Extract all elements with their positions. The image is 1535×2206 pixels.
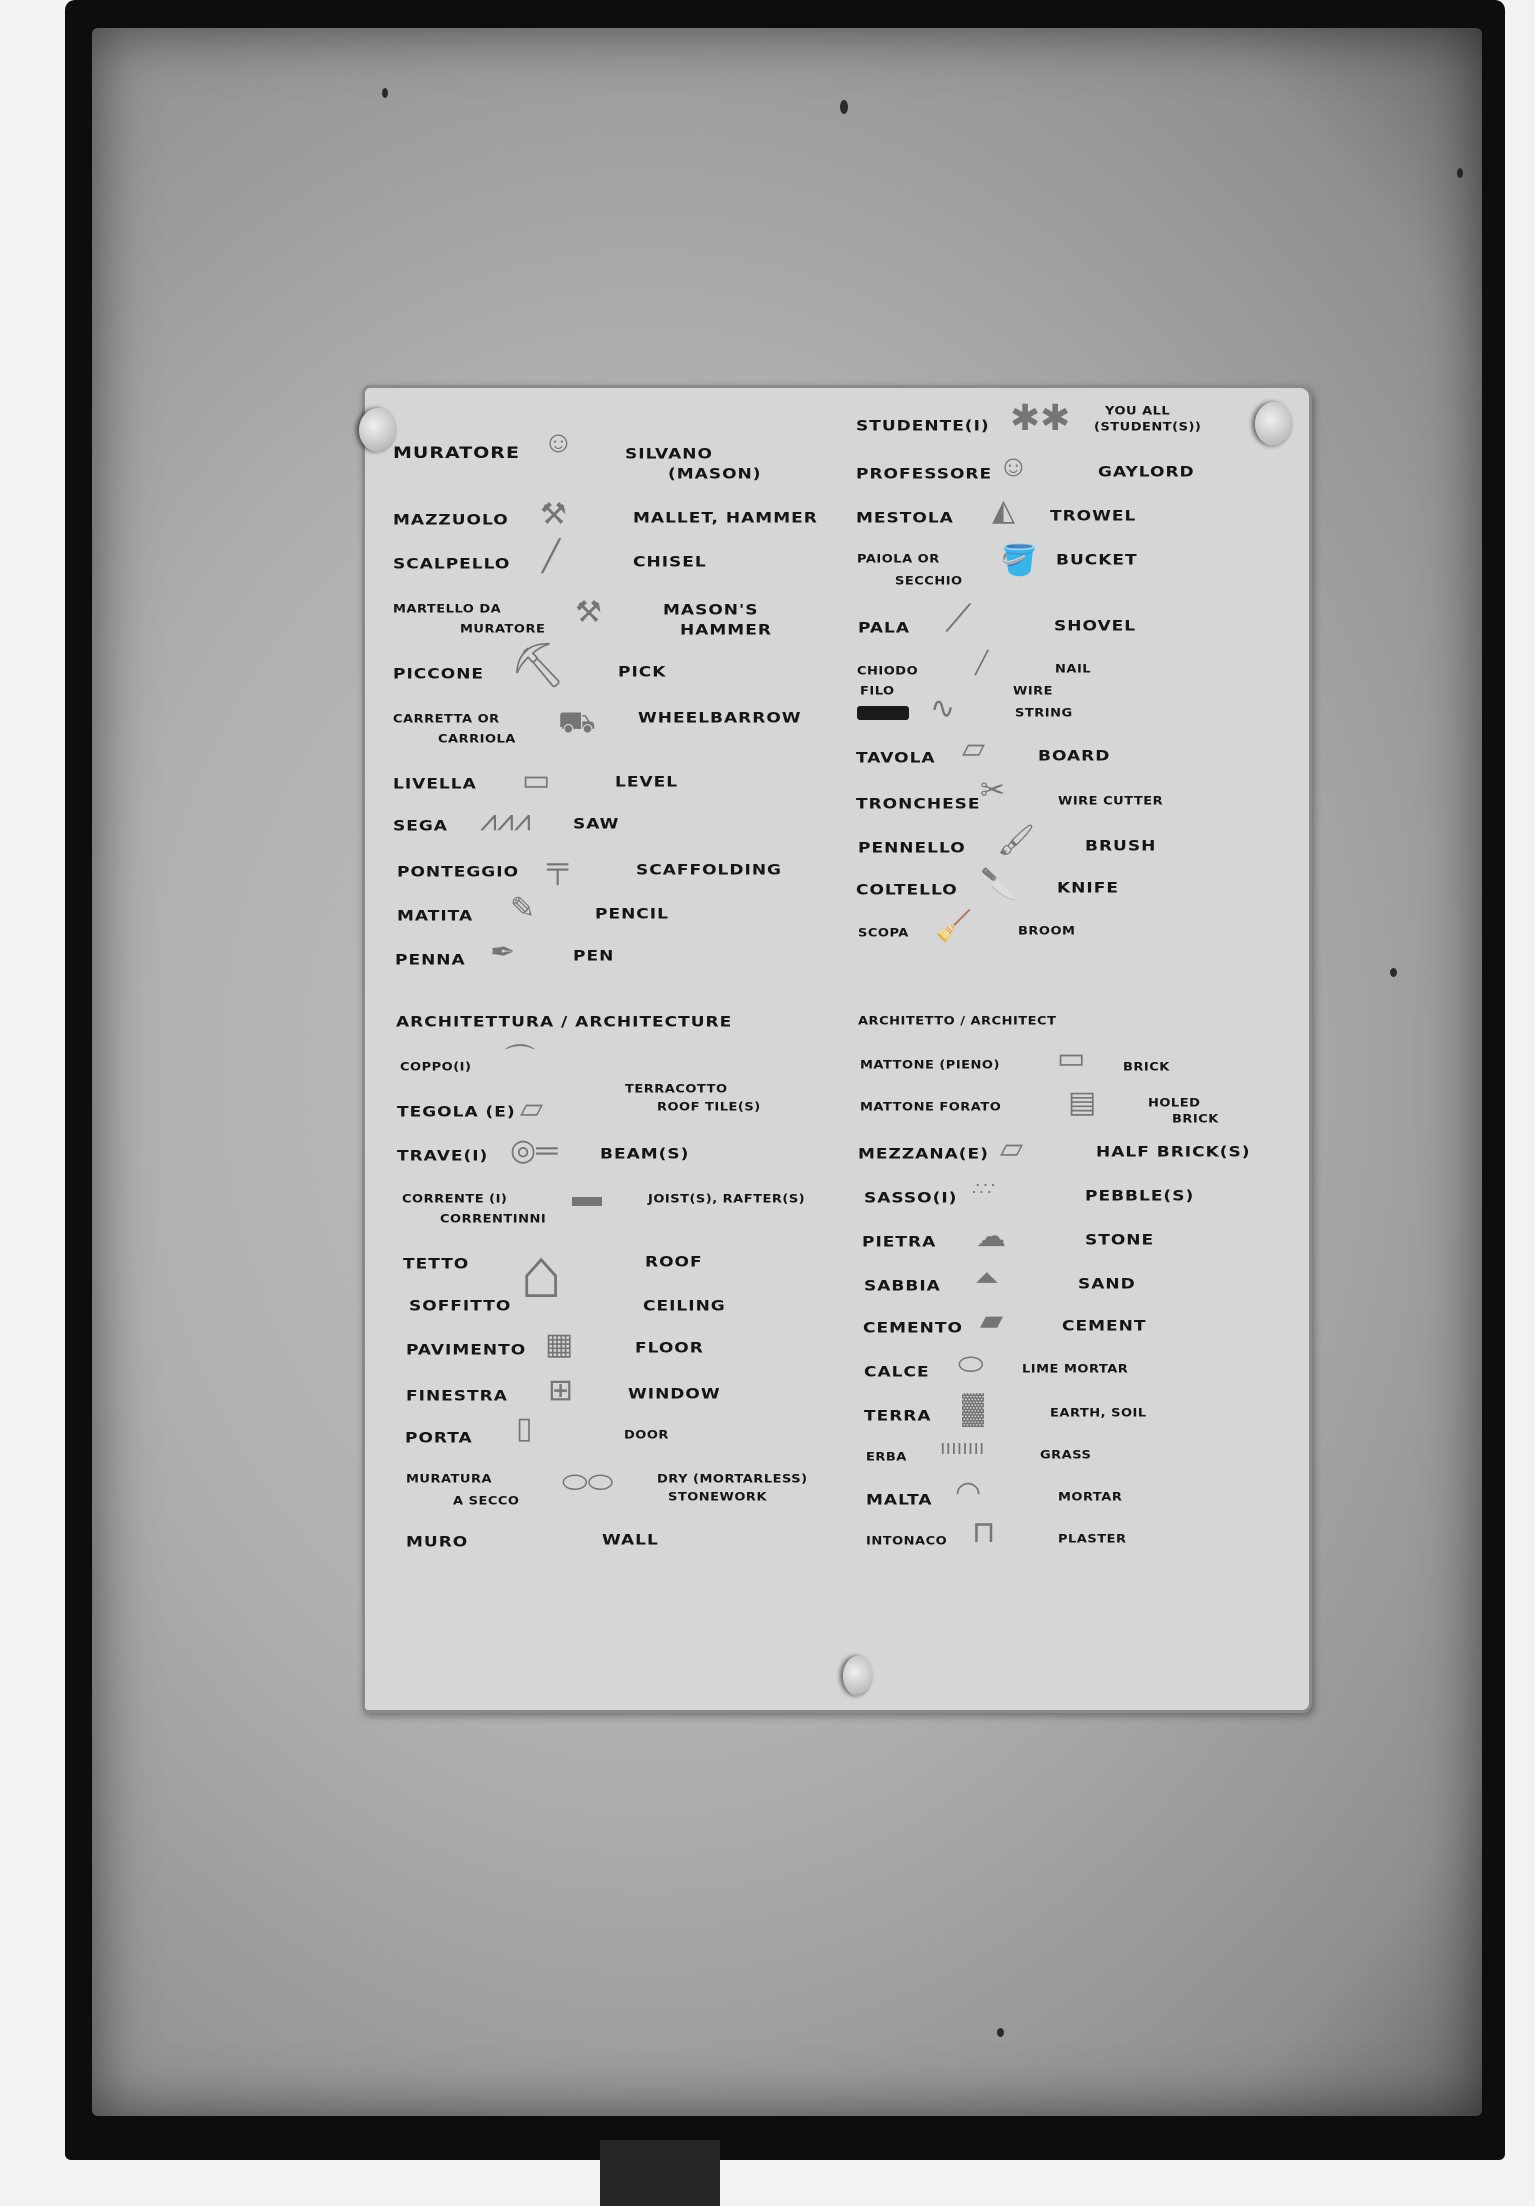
label-livella: Livella — [393, 776, 477, 793]
label-hammer: Hammer — [680, 622, 772, 639]
lime-bag-icon: ⬭ — [958, 1350, 984, 1380]
wire-cutter-icon: ✂ — [980, 776, 1005, 806]
label-tavola: Tavola — [856, 750, 936, 767]
crossed-out-word — [857, 706, 909, 720]
stone-icon: ☁ — [976, 1222, 1006, 1252]
label-broom: Broom — [1018, 925, 1075, 938]
label-joists: Joist(s), Rafter(s) — [648, 1193, 805, 1206]
label-grass: Grass — [1040, 1449, 1091, 1462]
label-you-all: You all — [1105, 405, 1170, 418]
label-secchio: Secchio — [895, 575, 963, 588]
label-paiola: Paiola or — [857, 553, 940, 566]
mason-face-icon: ☺ — [543, 428, 574, 458]
label-sabbia: Sabbia — [864, 1278, 941, 1295]
cement-bag-icon: ▰ — [980, 1306, 1003, 1336]
label-earth-soil: Earth, soil — [1050, 1407, 1147, 1420]
label-door: Door — [624, 1429, 669, 1442]
professor-face-icon: ☺ — [998, 452, 1029, 482]
sand-pile-icon: ⏶ — [975, 1264, 999, 1294]
broom-icon: 🧹 — [935, 912, 972, 942]
label-beams: Beam(s) — [600, 1146, 689, 1163]
label-floor: Floor — [635, 1340, 704, 1357]
label-piccone: Piccone — [393, 666, 484, 683]
label-pick: Pick — [618, 664, 666, 681]
label-wall: Wall — [602, 1532, 659, 1549]
label-half-bricks: Half brick(s) — [1096, 1144, 1251, 1161]
easel-stand — [600, 2140, 720, 2206]
half-brick-icon: ▱ — [1000, 1134, 1023, 1164]
masons-hammer-icon: ⚒ — [575, 598, 602, 628]
label-chisel: Chisel — [633, 554, 707, 571]
label-intonaco: Intonaco — [866, 1535, 947, 1548]
label-mortar: Mortar — [1058, 1491, 1122, 1504]
wall-speck — [1457, 168, 1463, 178]
label-stone: Stone — [1085, 1232, 1154, 1249]
label-level: Level — [615, 774, 678, 791]
label-holed: Holed — [1148, 1097, 1200, 1110]
label-mason: (Mason) — [668, 466, 762, 483]
string-icon: ∿ — [930, 694, 955, 724]
label-mattone-forato: Mattone forato — [860, 1101, 1001, 1114]
label-matita: Matita — [397, 908, 473, 925]
label-knife: Knife — [1057, 880, 1119, 897]
label-porta: Porta — [405, 1430, 473, 1447]
label-window: Window — [628, 1386, 721, 1403]
pencil-icon: ✎ — [510, 894, 535, 924]
label-carretta: Carretta or — [393, 713, 500, 726]
label-board: Board — [1038, 748, 1110, 765]
label-string: String — [1015, 707, 1073, 720]
label-sasso: Sasso(i) — [864, 1190, 957, 1207]
door-icon: ▯ — [516, 1414, 533, 1444]
pushpin-top-left — [359, 408, 397, 452]
label-martello-2: Muratore — [460, 623, 545, 636]
label-roof-tiles: Roof tile(s) — [657, 1101, 761, 1114]
window-icon: ⊞ — [548, 1376, 573, 1406]
label-sand: Sand — [1078, 1276, 1136, 1293]
floor-tiles-icon: ▦ — [545, 1330, 573, 1360]
label-malta: Malta — [866, 1492, 933, 1509]
wall-speck — [382, 88, 388, 98]
label-mestola: Mestola — [856, 510, 954, 527]
joist-icon: ▬ — [572, 1182, 602, 1212]
label-trowel: Trowel — [1050, 508, 1136, 525]
label-nail: Nail — [1055, 663, 1091, 676]
label-mezzana: Mezzana(e) — [858, 1146, 989, 1163]
label-sega: Sega — [393, 818, 448, 835]
label-trave: Trave(i) — [397, 1148, 488, 1165]
section-title-architettura: Architettura / Architecture — [396, 1014, 732, 1031]
plaster-wall-icon: ⊓ — [972, 1518, 995, 1548]
trowel-icon: ◭ — [992, 496, 1015, 526]
label-pen: Pen — [573, 948, 614, 965]
label-plaster: Plaster — [1058, 1533, 1127, 1546]
wall-speck — [997, 2028, 1004, 2037]
label-coltello: Coltello — [856, 882, 958, 899]
label-finestra: Finestra — [406, 1388, 508, 1405]
wall-speck — [840, 100, 848, 114]
label-coppo: Coppo(i) — [400, 1061, 471, 1074]
section-title-architetto: Architetto / Architect — [858, 1015, 1056, 1028]
curved-roof-tile-icon: ⌒ — [505, 1046, 535, 1076]
label-stonework: stonework — [668, 1491, 767, 1504]
label-pietra: Pietra — [862, 1234, 936, 1251]
beam-icon: ◎═ — [510, 1136, 557, 1166]
pushpin-bottom — [843, 1656, 873, 1696]
label-silvano: Silvano — [625, 446, 713, 463]
mortar-mound-icon: ◠ — [955, 1478, 981, 1508]
label-holed-brick: brick — [1172, 1113, 1219, 1126]
label-penna: Penna — [395, 952, 466, 969]
pen-icon: ✒ — [490, 938, 515, 968]
pickaxe-icon: ⛏ — [510, 644, 566, 688]
label-chiodo: Chiodo — [857, 665, 918, 678]
label-roof: Roof — [645, 1254, 703, 1271]
label-dry-mortarless: Dry (mortarless) — [657, 1473, 808, 1486]
stone-wall-icon: ⬭⬭ — [562, 1468, 613, 1498]
pebbles-icon: ∴∵ — [972, 1180, 995, 1198]
label-calce: Calce — [864, 1364, 930, 1381]
label-bucket: Bucket — [1056, 552, 1138, 569]
label-scaffolding: Scaffolding — [636, 862, 782, 879]
nail-icon: ╱ — [975, 652, 988, 674]
label-brick: Brick — [1123, 1061, 1170, 1074]
label-masons: Mason's — [663, 602, 758, 619]
flat-roof-tile-icon: ▱ — [520, 1094, 543, 1124]
scaffolding-icon: ╤ — [547, 852, 568, 882]
label-carriola: Carriola — [438, 733, 516, 746]
shovel-icon: ⟋ — [945, 600, 972, 638]
label-studente: Studente(i) — [856, 418, 990, 435]
label-soffitto: Soffitto — [409, 1298, 511, 1315]
label-tegola: Tegola (e) — [397, 1104, 516, 1121]
label-pencil: Pencil — [595, 906, 669, 923]
label-ceiling: Ceiling — [643, 1298, 726, 1315]
level-icon: ▭ — [522, 766, 550, 796]
label-students: (student(s)) — [1094, 421, 1201, 434]
bucket-icon: 🪣 — [1000, 546, 1037, 576]
label-mazzuolo: Mazzuolo — [393, 512, 509, 529]
mallet-icon: ⚒ — [540, 500, 567, 530]
label-tetto: Tetto — [403, 1256, 469, 1273]
wall-speck — [1390, 968, 1397, 977]
label-cement: Cement — [1062, 1318, 1146, 1335]
label-muratura: Muratura — [406, 1473, 492, 1486]
label-lime-mortar: Lime mortar — [1022, 1363, 1128, 1376]
label-scopa: Scopa — [858, 927, 909, 940]
wheelbarrow-icon: ⛟ — [558, 708, 596, 738]
earth-pile-icon: ▓ — [962, 1394, 984, 1424]
holed-brick-icon: ▤ — [1068, 1088, 1096, 1118]
label-wheelbarrow: Wheelbarrow — [638, 710, 802, 727]
house-section-icon: ⌂ — [520, 1238, 562, 1308]
label-muratore: Muratore — [393, 444, 520, 463]
pushpin-top-right — [1255, 402, 1293, 446]
label-mattone-pieno: Mattone (pieno) — [860, 1059, 1000, 1072]
chisel-icon: ╱ — [542, 542, 560, 572]
label-terracotto: Terracotto — [625, 1083, 728, 1096]
label-mallet: Mallet, Hammer — [633, 510, 818, 527]
label-wire-cutter: Wire cutter — [1058, 795, 1163, 808]
label-professore: Professore — [856, 466, 992, 483]
grass-icon: ıııııııı — [940, 1438, 984, 1458]
label-pennello: Pennello — [858, 840, 966, 857]
knife-icon: 🔪 — [980, 870, 1017, 900]
students-icon: ✱✱ — [1010, 400, 1070, 436]
label-tronchese: Tronchese — [856, 796, 981, 813]
label-martello: Martello da — [393, 603, 501, 616]
label-pavimento: Pavimento — [406, 1342, 526, 1359]
label-cemento: Cemento — [863, 1320, 963, 1337]
label-filo: Filo — [860, 685, 895, 698]
brick-icon: ▭ — [1057, 1044, 1085, 1074]
label-erba: Erba — [866, 1451, 907, 1464]
label-a-secco: a secco — [453, 1495, 519, 1508]
label-pebbles: Pebble(s) — [1085, 1188, 1194, 1205]
label-brush: Brush — [1085, 838, 1156, 855]
label-pala: Pala — [858, 620, 910, 637]
label-ponteggio: Ponteggio — [397, 864, 519, 881]
saw-icon: ⩘⩘⩘ — [480, 806, 531, 836]
label-wire: Wire — [1013, 685, 1053, 698]
paintbrush-icon: 🖌 — [997, 826, 1035, 856]
label-terra: Terra — [864, 1408, 932, 1425]
label-muro: Muro — [406, 1534, 468, 1551]
board-icon: ▱ — [962, 734, 985, 764]
label-correntinni: Correntinni — [440, 1213, 546, 1226]
label-corrente: Corrente (i) — [402, 1193, 507, 1206]
label-saw: Saw — [573, 816, 619, 833]
label-scalpello: Scalpello — [393, 556, 510, 573]
label-gaylord: Gaylord — [1098, 464, 1195, 481]
label-shovel: Shovel — [1054, 618, 1136, 635]
